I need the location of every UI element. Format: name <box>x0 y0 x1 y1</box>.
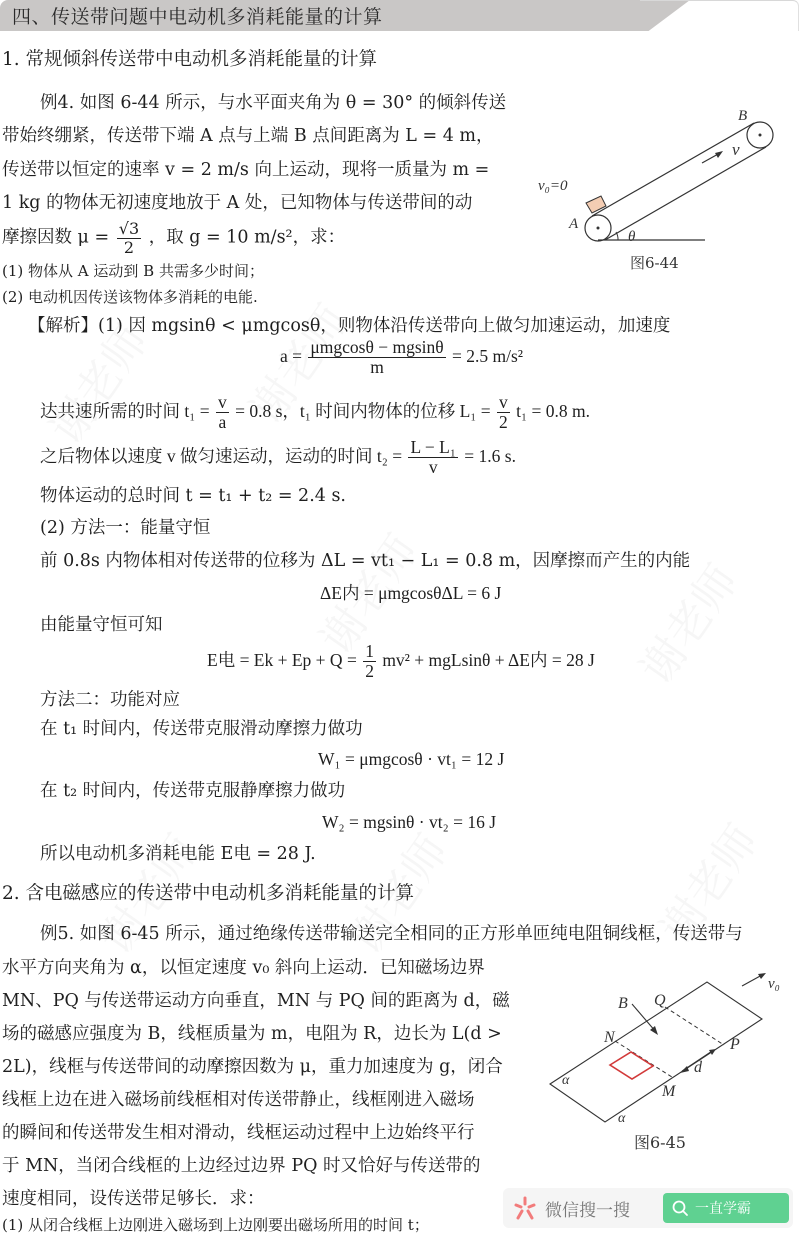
search-keyword: 一直学霸 <box>695 1198 751 1218</box>
example5-line: 速度相同，设传送带足够长．求： <box>2 1186 265 1212</box>
mu-fraction: √3 2 <box>117 220 141 256</box>
example4-line: 带始终绷紧，传送带下端 A 点与上端 B 点间距离为 L = 4 m， <box>2 123 494 149</box>
accel-lhs: a = <box>280 346 302 366</box>
example4-line: 例4. 如图 6-44 所示，与水平面夹角为 θ = 30° 的倾斜传送 <box>40 90 506 116</box>
svg-text:N: N <box>603 1029 616 1046</box>
example4-mu-line: 摩擦因数 μ = √3 2 ，取 g = 10 m/s²，求： <box>2 220 345 256</box>
t1-num: v <box>216 393 229 413</box>
t2-prefix: 之后物体以速度 v 做匀速运动，运动的时间 t₂ = <box>40 446 402 466</box>
accel-numerator: μmgcosθ − mgsinθ <box>308 338 445 358</box>
heat-equation: ΔE内 = μmgcosθΔL = 6 J <box>320 580 501 606</box>
question-2: (2) 电动机因传送该物体多消耗的电能. <box>2 284 258 310</box>
L1-num: v <box>497 393 510 413</box>
svg-text:v: v <box>732 140 740 159</box>
figure-caption: 图6-44 <box>630 252 679 273</box>
t1-fraction: v a <box>216 393 229 433</box>
svg-text:d: d <box>694 1059 703 1076</box>
energy-rhs: mv² + mgLsinθ + ΔE内 = 28 J <box>382 650 595 670</box>
method1-title: (2) 方法一：能量守恒 <box>40 515 210 541</box>
svg-text:θ: θ <box>628 229 636 245</box>
example5-line: 水平方向夹角为 α，以恒定速度 v₀ 斜向上运动．已知磁场边界 <box>2 955 485 981</box>
L1-den: 2 <box>497 413 510 432</box>
solution-intro: 【解析】(1) 因 mgsinθ < μmgcosθ，则物体沿传送带向上做匀加速… <box>28 313 670 339</box>
example4-line: 1 kg 的物体无初速度地放于 A 处，已知物体与传送带间的动 <box>2 190 472 216</box>
energy-equation: E电 = Ek + Ep + Q = 1 2 mv² + mgLsinθ + Δ… <box>207 642 595 682</box>
svg-text:v₀=0: v₀=0 <box>538 178 568 194</box>
part1-heading: 1. 常规倾斜传送带中电动机多消耗能量的计算 <box>2 47 377 73</box>
example5-line: MN、PQ 与传送带运动方向垂直，MN 与 PQ 间的距离为 d，磁 <box>2 988 510 1014</box>
t2-fraction: L − L₁ v <box>408 438 457 478</box>
t1-prefix: 达共速所需的时间 t₁ = <box>40 401 210 421</box>
conveyor-incline-diagram: v B A θ v₀=0 <box>530 95 800 275</box>
W2-equation: W₂ = mgsinθ · vt₂ = 16 J <box>322 809 496 835</box>
acceleration-equation: a = μmgcosθ − mgsinθ m = 2.5 m/s² <box>280 338 523 378</box>
half-num: 1 <box>363 642 376 662</box>
svg-text:B: B <box>618 995 628 1012</box>
accel-rhs: = 2.5 m/s² <box>452 346 523 366</box>
svg-text:v₀: v₀ <box>768 976 780 992</box>
wechat-search-logo-icon <box>511 1194 539 1222</box>
svg-text:B: B <box>738 108 747 124</box>
energy-conservation-text: 由能量守恒可知 <box>40 612 163 638</box>
svg-text:P: P <box>729 1036 740 1053</box>
mu-denominator: 2 <box>117 239 141 257</box>
part2-heading: 2. 含电磁感应的传送带中电动机多消耗能量的计算 <box>2 881 414 907</box>
section-banner: 四、传送带问题中电动机多消耗能量的计算 <box>0 0 800 31</box>
wechat-search-bar[interactable]: 微信搜一搜 一直学霸 <box>503 1188 793 1228</box>
example5-line: 于 MN，当闭合线框的上边经过边界 PQ 时又恰好与传送带的 <box>2 1153 481 1179</box>
mu-prefix: 摩擦因数 μ = <box>2 228 109 248</box>
L1-suffix: t₁ = 0.8 m. <box>516 401 590 421</box>
accel-denominator: m <box>308 358 445 377</box>
svg-text:α: α <box>562 1073 570 1088</box>
example5-first-line: 例5. 如图 6-45 所示，通过绝缘传送带输送完全相同的正方形单匝纯电阻铜线框… <box>40 921 743 947</box>
t1-work-text: 在 t₁ 时间内，传送带克服滑动摩擦力做功 <box>40 716 363 742</box>
relative-displacement: 前 0.8s 内物体相对传送带的位移为 ΔL = vt₁ − L₁ = 0.8 … <box>40 548 690 574</box>
energy-lhs: E电 = Ek + Ep + Q = <box>207 650 357 670</box>
wechat-search-label: 微信搜一搜 <box>545 1196 630 1221</box>
mu-suffix: ，取 g = 10 m/s²，求： <box>149 228 345 248</box>
search-keyword-button[interactable]: 一直学霸 <box>663 1193 789 1223</box>
conclusion: 所以电动机多消耗电能 E电 = 28 J. <box>40 841 316 867</box>
example5-line: 2L)，线框与传送带间的动摩擦因数为 μ，重力加速度为 g，闭合 <box>2 1054 503 1080</box>
total-time: 物体运动的总时间 t = t₁ + t₂ = 2.4 s. <box>40 483 346 509</box>
example5-line: 的瞬间和传送带发生相对滑动，线框运动过程中上边始终平行 <box>2 1120 475 1146</box>
L1-fraction: v 2 <box>497 393 510 433</box>
svg-text:M: M <box>661 1083 677 1100</box>
question-1: (1) 物体从 A 运动到 B 共需多少时间； <box>2 258 264 284</box>
t2-suffix: = 1.6 s. <box>464 446 516 466</box>
example5-line: 线框上边在进入磁场前线框相对传送带静止，线框刚进入磁场 <box>2 1087 475 1113</box>
t2-num: L − L₁ <box>408 438 457 458</box>
t2-equation: 之后物体以速度 v 做匀速运动，运动的时间 t₂ = L − L₁ v = 1.… <box>40 438 516 478</box>
banner-edge <box>640 0 799 31</box>
svg-text:A: A <box>568 216 579 232</box>
section-title: 四、传送带问题中电动机多消耗能量的计算 <box>12 2 383 29</box>
svg-text:α: α <box>618 1111 626 1126</box>
t1-equation: 达共速所需的时间 t₁ = v a = 0.8 s，t₁ 时间内物体的位移 L₁… <box>40 393 590 433</box>
mu-numerator: √3 <box>117 220 141 239</box>
figure-6-45: v₀ B Q N P d M α α 图6-45 <box>530 960 800 1160</box>
example5-line: 场的磁感应强度为 B，线框质量为 m，电阻为 R，边长为 L(d > <box>2 1021 502 1047</box>
figure-6-44: v B A θ v₀=0 图6-44 <box>530 95 800 275</box>
method2-title: 方法二：功能对应 <box>40 687 180 713</box>
half-den: 2 <box>363 662 376 681</box>
search-icon <box>671 1199 689 1217</box>
t1-den: a <box>216 413 229 432</box>
example4-line: 传送带以恒定的速率 v = 2 m/s 向上运动，现将一质量为 m = <box>2 157 489 183</box>
accel-fraction: μmgcosθ − mgsinθ m <box>308 338 445 378</box>
figure-caption: 图6-45 <box>634 1130 686 1153</box>
t2-work-text: 在 t₂ 时间内，传送带克服静摩擦力做功 <box>40 778 345 804</box>
W1-equation: W₁ = μmgcosθ · vt₁ = 12 J <box>318 746 504 772</box>
half-fraction: 1 2 <box>363 642 376 682</box>
example5-question-1: (1) 从闭合线框上边刚进入磁场到上边刚要出磁场所用的时间 t； <box>2 1212 429 1235</box>
t1-mid: = 0.8 s，t₁ 时间内物体的位移 L₁ = <box>235 401 491 421</box>
t2-den: v <box>408 458 457 477</box>
svg-text:Q: Q <box>654 992 666 1009</box>
